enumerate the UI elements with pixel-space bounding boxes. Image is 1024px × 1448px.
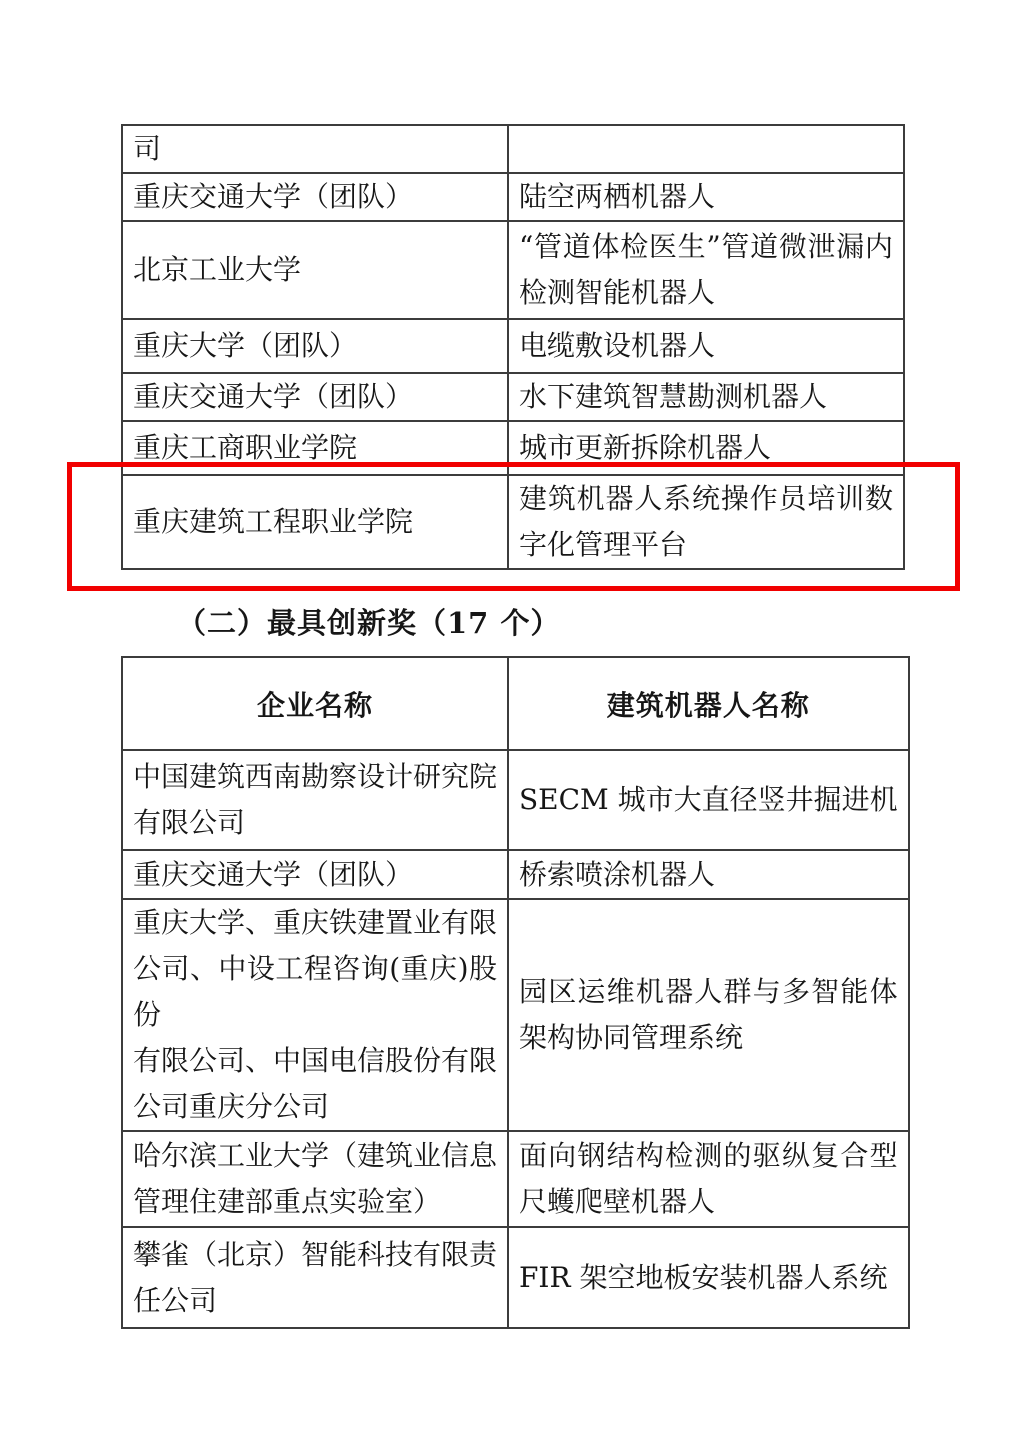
- table-row: 攀雀（北京）智能科技有限责任公司 FIR 架空地板安装机器人系统: [122, 1227, 909, 1328]
- org-text: 哈尔滨工业大学（建筑业信息管理住建部重点实验室）: [133, 1133, 497, 1225]
- org-text: 北京工业大学: [133, 247, 497, 293]
- robot-cell: 桥索喷涂机器人: [508, 850, 909, 899]
- robot-cell: SECM 城市大直径竖井掘进机: [508, 750, 909, 850]
- robot-text: 园区运维机器人群与多智能体架构协同管理系统: [519, 969, 898, 1061]
- red-highlight-box: [67, 462, 960, 591]
- innovation-award-table: 企业名称 建筑机器人名称 中国建筑西南勘察设计研究院有限公司 SECM 城市大直…: [121, 656, 910, 1329]
- robot-text: SECM 城市大直径竖井掘进机: [519, 777, 898, 823]
- org-text: 重庆交通大学（团队）: [133, 174, 497, 220]
- section-heading: （二）最具创新奖（17 个）: [177, 602, 560, 644]
- table-row: 重庆大学（团队） 电缆敷设机器人: [122, 319, 904, 373]
- robot-text: 面向钢结构检测的驱纵复合型尺蠖爬壁机器人: [519, 1133, 898, 1225]
- robot-text: 陆空两栖机器人: [519, 174, 893, 220]
- robot-text: FIR 架空地板安装机器人系统: [519, 1255, 898, 1301]
- org-cell: 重庆交通大学（团队）: [122, 373, 508, 421]
- org-text: 中国建筑西南勘察设计研究院有限公司: [133, 754, 497, 846]
- org-text: 重庆交通大学（团队）: [133, 852, 497, 898]
- org-text: 重庆大学（团队）: [133, 323, 497, 369]
- org-text: 攀雀（北京）智能科技有限责任公司: [133, 1232, 497, 1324]
- table-row: 中国建筑西南勘察设计研究院有限公司 SECM 城市大直径竖井掘进机: [122, 750, 909, 850]
- org-cell: 重庆交通大学（团队）: [122, 173, 508, 221]
- robot-text: 电缆敷设机器人: [519, 323, 893, 369]
- org-text: 司: [133, 126, 497, 172]
- table-row: 重庆交通大学（团队） 陆空两栖机器人: [122, 173, 904, 221]
- org-cell: 攀雀（北京）智能科技有限责任公司: [122, 1227, 508, 1328]
- robot-text: “管道体检医生”管道微泄漏内检测智能机器人: [519, 224, 893, 316]
- document-page: 司 重庆交通大学（团队） 陆空两栖机器人 北京工业大学 “管道体检医生”管道微泄…: [0, 0, 1024, 1448]
- org-cell: 重庆交通大学（团队）: [122, 850, 508, 899]
- table-row: 重庆交通大学（团队） 水下建筑智慧勘测机器人: [122, 373, 904, 421]
- robot-cell: 水下建筑智慧勘测机器人: [508, 373, 904, 421]
- robot-cell: 面向钢结构检测的驱纵复合型尺蠖爬壁机器人: [508, 1131, 909, 1227]
- org-name-header: 企业名称: [122, 657, 508, 750]
- table-header-row: 企业名称 建筑机器人名称: [122, 657, 909, 750]
- table-row: 司: [122, 125, 904, 173]
- org-cell: 中国建筑西南勘察设计研究院有限公司: [122, 750, 508, 850]
- robot-cell: “管道体检医生”管道微泄漏内检测智能机器人: [508, 221, 904, 319]
- org-cell: 重庆大学（团队）: [122, 319, 508, 373]
- robot-cell: 园区运维机器人群与多智能体架构协同管理系统: [508, 899, 909, 1131]
- robot-cell: [508, 125, 904, 173]
- org-cell: 哈尔滨工业大学（建筑业信息管理住建部重点实验室）: [122, 1131, 508, 1227]
- table-row: 北京工业大学 “管道体检医生”管道微泄漏内检测智能机器人: [122, 221, 904, 319]
- robot-cell: 陆空两栖机器人: [508, 173, 904, 221]
- org-cell: 北京工业大学: [122, 221, 508, 319]
- robot-name-header: 建筑机器人名称: [508, 657, 909, 750]
- robot-text: 水下建筑智慧勘测机器人: [519, 374, 893, 420]
- table-row: 哈尔滨工业大学（建筑业信息管理住建部重点实验室） 面向钢结构检测的驱纵复合型尺蠖…: [122, 1131, 909, 1227]
- robot-text: 桥索喷涂机器人: [519, 852, 898, 898]
- org-cell: 重庆大学、重庆铁建置业有限公司、中设工程咨询(重庆)股份有限公司、中国电信股份有…: [122, 899, 508, 1131]
- table-row: 重庆交通大学（团队） 桥索喷涂机器人: [122, 850, 909, 899]
- org-cell: 司: [122, 125, 508, 173]
- table-row: 重庆大学、重庆铁建置业有限公司、中设工程咨询(重庆)股份有限公司、中国电信股份有…: [122, 899, 909, 1131]
- org-text: 重庆大学、重庆铁建置业有限公司、中设工程咨询(重庆)股份有限公司、中国电信股份有…: [133, 900, 497, 1130]
- org-text: 重庆交通大学（团队）: [133, 374, 497, 420]
- robot-cell: 电缆敷设机器人: [508, 319, 904, 373]
- robot-cell: FIR 架空地板安装机器人系统: [508, 1227, 909, 1328]
